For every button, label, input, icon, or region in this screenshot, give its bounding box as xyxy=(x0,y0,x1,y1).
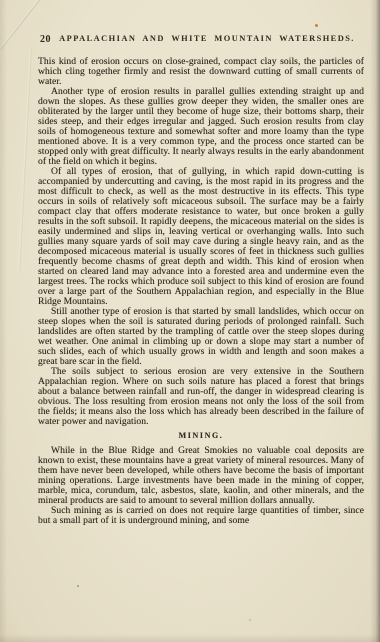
paragraph: While in the Blue Ridge and Great Smokie… xyxy=(38,446,364,506)
paper-sheet: 20 APPALACHIAN AND WHITE MOUNTAIN WATERS… xyxy=(0,0,380,642)
section-heading: MINING. xyxy=(38,431,364,441)
page-body: This kind of erosion occurs on close-gra… xyxy=(38,57,364,526)
page-content: 20 APPALACHIAN AND WHITE MOUNTAIN WATERS… xyxy=(38,34,364,526)
paragraph: The soils subject to serious erosion are… xyxy=(38,367,364,427)
page-edge-left-shadow xyxy=(0,0,7,642)
paper-crease-vertical xyxy=(18,48,32,273)
paper-speck xyxy=(249,619,251,621)
paragraph: Still another type of erosion is that st… xyxy=(38,307,364,367)
paragraph: Of all types of erosion, that of gullyin… xyxy=(38,167,364,307)
running-title: APPALACHIAN AND WHITE MOUNTAIN WATERSHED… xyxy=(38,34,364,43)
page-number: 20 xyxy=(40,34,51,45)
scanned-book-page: { "page": { "paper_color": "#e9e2cc", "i… xyxy=(0,0,380,642)
page-edge-right-shadow xyxy=(370,0,380,642)
page-edge-bottom-shadow xyxy=(0,634,380,642)
paragraph-continuation: This kind of erosion occurs on close-gra… xyxy=(38,57,364,87)
paragraph: Another type of erosion results in paral… xyxy=(38,87,364,167)
paragraph: Such mining as is carried on does not re… xyxy=(38,506,364,526)
paper-speck xyxy=(315,24,318,27)
paper-speck xyxy=(77,585,79,587)
running-head: 20 APPALACHIAN AND WHITE MOUNTAIN WATERS… xyxy=(38,34,364,45)
